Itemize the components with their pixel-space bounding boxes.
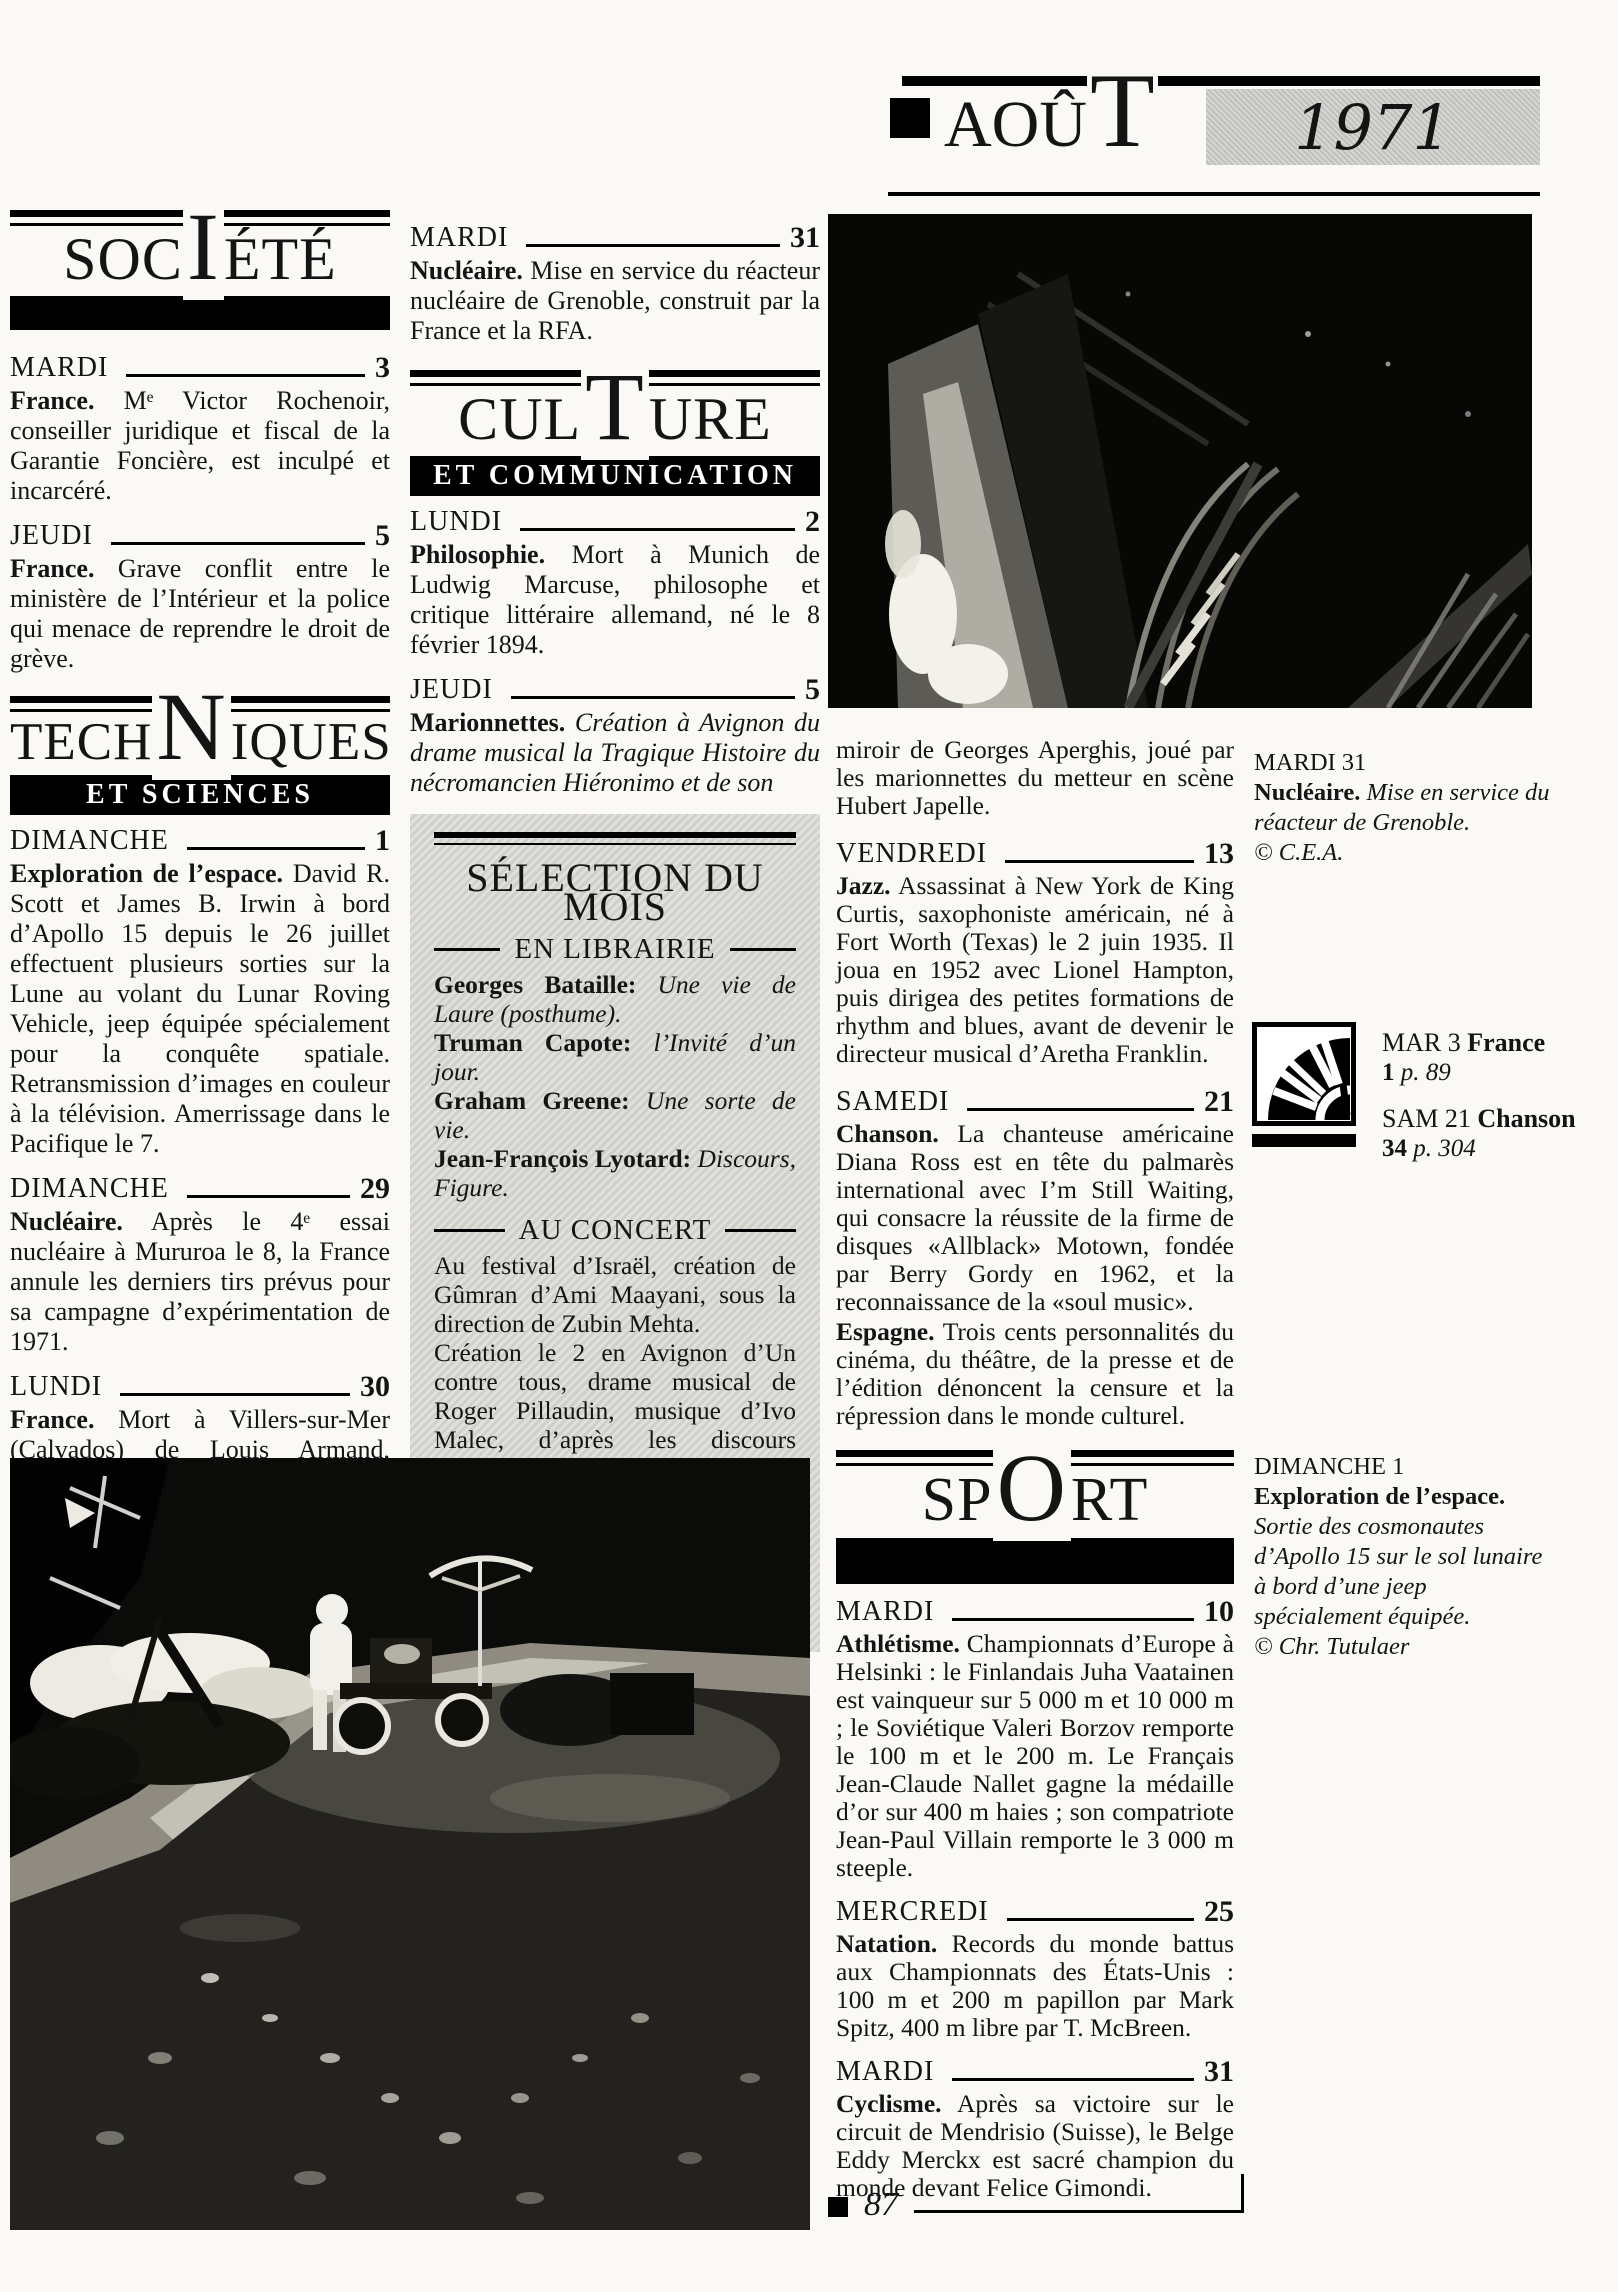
section-title-societe: SOCIÉTÉ	[10, 229, 390, 290]
title-post: URE	[649, 386, 772, 452]
title-pre: TECH	[10, 713, 152, 771]
entry-date-header: JEUDI 5	[410, 674, 820, 706]
masthead-top-rule	[902, 76, 1540, 86]
entry-body: Assassinat à New York de King Curtis, sa…	[836, 871, 1234, 1068]
entry-text: Nucléaire. Après le 4ᵉ essai nucléaire à…	[10, 1207, 390, 1357]
event-entry: SAMEDI 21 Chanson. La chanteuse américai…	[836, 1086, 1234, 1430]
masthead-year-box: 1971	[1206, 89, 1540, 165]
section-bar-culture: ET COMMUNICATION	[410, 456, 820, 496]
square-bullet-icon	[890, 98, 930, 138]
section-bar-label: ET COMMUNICATION	[433, 461, 797, 491]
entry-day-number: 25	[1204, 1896, 1234, 1928]
entry-day-number: 5	[375, 520, 390, 552]
column-left: SOCIÉTÉ MARDI 3 France. Mᵉ Victor Rochen…	[10, 210, 390, 1615]
entry-rule	[187, 1195, 350, 1198]
record-fan-icon	[1252, 1022, 1356, 1148]
book-item: Truman Capote: l’Invité d’un jour.	[434, 1028, 796, 1086]
entry-rule	[1007, 1918, 1194, 1921]
subsection-librairie: EN LIBRAIRIE	[434, 935, 796, 964]
title-pre: SOC	[63, 226, 183, 292]
entry-day: JEUDI	[10, 520, 93, 552]
entry-rule	[967, 1108, 1194, 1111]
tv-label: France	[1467, 1028, 1545, 1057]
entry-day: LUNDI	[10, 1371, 102, 1403]
entry-text: Natation. Records du monde battus aux Ch…	[836, 1930, 1234, 2042]
book-item: Graham Greene: Une sorte de vie.	[434, 1086, 796, 1144]
entry-text: Nucléaire. Mise en service du réacteur n…	[410, 256, 820, 346]
tv-date: MAR 3	[1382, 1028, 1461, 1057]
event-entry: JEUDI 5 France. Grave conflit entre le m…	[10, 520, 390, 674]
entry-topic: Athlétisme.	[836, 1629, 960, 1658]
book-author: Georges Bataille:	[434, 970, 636, 999]
footer-rule	[914, 2210, 1244, 2213]
entry-body: David R. Scott et James B. Irwin à bord …	[10, 859, 390, 1158]
entry-rule	[111, 542, 365, 545]
masthead-month-bigletter: T	[1087, 52, 1158, 169]
event-entry: DIMANCHE 1 Exploration de l’espace. Davi…	[10, 825, 390, 1159]
entry-topic: Nucléaire.	[410, 256, 523, 285]
column-third: miroir de Georges Aperghis, joué par les…	[836, 736, 1234, 2202]
caption-dateline: MARDI 31	[1254, 748, 1554, 778]
event-entry: MARDI 31 Cyclisme. Après sa victoire sur…	[836, 2056, 1234, 2202]
masthead-month-pre: AOÛ	[944, 88, 1087, 161]
book-item: Georges Bataille: Une vie de Laure (post…	[434, 970, 796, 1028]
page-number: 87	[864, 2188, 898, 2222]
title-bigletter: T	[581, 353, 649, 460]
entry-text: Chanson. La chanteuse américaine Diana R…	[836, 1120, 1234, 1316]
entry-text: Exploration de l’espace. David R. Scott …	[10, 859, 390, 1159]
tv-listing-line1: MAR 3 France	[1382, 1028, 1576, 1058]
entry-text: France. Mᵉ Victor Rochenoir, conseiller …	[10, 386, 390, 506]
title-bigletter: O	[993, 1434, 1071, 1541]
entry-day: JEUDI	[410, 674, 493, 706]
entry-day: DIMANCHE	[10, 1173, 169, 1205]
entry-rule	[126, 374, 365, 377]
entry-topic: Exploration de l’espace.	[10, 859, 283, 888]
entry-date-header: MERCREDI 25	[836, 1896, 1234, 1928]
panel-title: SÉLECTION DU MOIS	[434, 863, 796, 921]
entry-rule	[511, 696, 795, 699]
entry-date-header: VENDREDI 13	[836, 838, 1234, 870]
entry-date-header: MARDI 31	[410, 222, 820, 254]
entry-day: MARDI	[410, 222, 508, 254]
entry-date-header: LUNDI 30	[10, 1371, 390, 1403]
entry-body: Championnats d’Europe à Helsinki : le Fi…	[836, 1629, 1234, 1882]
entry-day-number: 10	[1204, 1596, 1234, 1628]
entry-rule	[952, 1618, 1194, 1621]
section-title-sport: SPORT	[836, 1469, 1234, 1532]
title-post: ÉTÉ	[224, 226, 337, 292]
book-item: Jean-François Lyotard: Discours, Figure.	[434, 1144, 796, 1202]
entry-day: LUNDI	[410, 506, 502, 538]
entry-date-header: LUNDI 2	[410, 506, 820, 538]
entry-topic: Nucléaire.	[10, 1207, 123, 1236]
tv-channel-number: 34	[1382, 1135, 1407, 1162]
entry-topic: Jazz.	[836, 871, 891, 900]
tv-date: SAM 21	[1382, 1104, 1471, 1133]
tv-listing: MAR 3 France 1 p. 89	[1382, 1028, 1576, 1088]
caption-dateline: DIMANCHE 1	[1254, 1452, 1556, 1482]
entry-text: Marionnettes. Création à Avignon du dram…	[410, 708, 820, 798]
subsection-rule	[725, 1229, 796, 1232]
event-entry: MARDI 31 Nucléaire. Mise en service du r…	[410, 222, 820, 346]
tv-channel-number: 1	[1382, 1059, 1395, 1086]
caption-topic: Exploration de l’espace.	[1254, 1482, 1556, 1512]
entry-date-header: DIMANCHE 1	[10, 825, 390, 857]
entry-topic: France.	[10, 554, 94, 583]
title-pre: CUL	[458, 386, 581, 452]
entry-topic: Philosophie.	[410, 540, 545, 569]
entry-date-header: MARDI 31	[836, 2056, 1234, 2088]
title-bigletter: I	[183, 193, 224, 300]
section-title-techniques: TECHNIQUES	[10, 715, 390, 769]
masthead-year: 1971	[1294, 91, 1452, 164]
entry-day-number: 31	[790, 222, 820, 254]
event-entry: VENDREDI 13 Jazz. Assassinat à New York …	[836, 838, 1234, 1068]
entry-day-number: 29	[360, 1173, 390, 1205]
entry-day-number: 31	[1204, 2056, 1234, 2088]
entry-day-number: 2	[805, 506, 820, 538]
tv-listing: SAM 21 Chanson 34 p. 304	[1382, 1104, 1576, 1164]
section-bar-sport	[836, 1538, 1234, 1584]
entry-text: France. Grave conflit entre le ministère…	[10, 554, 390, 674]
masthead-bottom-rule	[888, 192, 1540, 196]
entry-topic: Marionnettes.	[410, 708, 565, 737]
subsection-rule	[730, 948, 796, 951]
entry-day: MARDI	[10, 352, 108, 384]
title-post: IQUES	[231, 713, 392, 771]
section-sport-header: SPORT	[836, 1450, 1234, 1584]
entry-rule	[952, 2078, 1194, 2081]
entry-rule	[1005, 860, 1194, 863]
photo-caption-lunar: DIMANCHE 1 Exploration de l’espace. Sort…	[1254, 1452, 1556, 1662]
event-entry: MARDI 3 France. Mᵉ Victor Rochenoir, con…	[10, 352, 390, 506]
entry-topic: Cyclisme.	[836, 2089, 942, 2118]
event-entry: MARDI 10 Athlétisme. Championnats d’Euro…	[836, 1596, 1234, 1882]
square-bullet-icon	[828, 2197, 848, 2217]
caption-body: Nucléaire. Mise en service du réacteur d…	[1254, 778, 1554, 838]
entry-day-number: 1	[375, 825, 390, 857]
entry-day: MERCREDI	[836, 1896, 989, 1928]
tv-page-ref: p. 89	[1401, 1059, 1451, 1086]
photo-caption-reactor: MARDI 31 Nucléaire. Mise en service du r…	[1254, 748, 1554, 868]
book-author: Truman Capote:	[434, 1028, 631, 1057]
caption-credit: © C.E.A.	[1254, 838, 1554, 868]
entry-day-number: 13	[1204, 838, 1234, 870]
caption-topic: Nucléaire.	[1254, 779, 1360, 806]
section-societe-header: SOCIÉTÉ	[10, 210, 390, 330]
entry-day: DIMANCHE	[10, 825, 169, 857]
entry-date-header: DIMANCHE 29	[10, 1173, 390, 1205]
event-entry: LUNDI 2 Philosophie. Mort à Munich de Lu…	[410, 506, 820, 660]
section-bar-techniques: ET SCIENCES	[10, 775, 390, 815]
concert-item: Au festival d’Israël, création de Gûmran…	[434, 1251, 796, 1338]
tv-listings: MAR 3 France 1 p. 89 SAM 21 Chanson 34 p…	[1382, 1028, 1576, 1164]
entry-rule	[120, 1393, 350, 1396]
entry-continuation: miroir de Georges Aperghis, joué par les…	[836, 736, 1234, 820]
entry-topic: Chanson.	[836, 1119, 939, 1148]
masthead-month: AOÛT	[890, 92, 1158, 158]
entry-body: La chanteuse américaine Diana Ross est e…	[836, 1119, 1234, 1316]
book-author: Graham Greene:	[434, 1086, 630, 1115]
section-bar-label: ET SCIENCES	[86, 780, 314, 810]
entry-topic: Natation.	[836, 1929, 937, 1958]
page-footer: 87	[828, 2188, 1244, 2222]
entry-day: MARDI	[836, 1596, 934, 1628]
entry-day: SAMEDI	[836, 1086, 949, 1118]
event-entry: MERCREDI 25 Natation. Records du monde b…	[836, 1896, 1234, 2042]
entry-date-header: MARDI 3	[10, 352, 390, 384]
lunar-rover-photo	[10, 1458, 810, 2230]
subsection-concert: AU CONCERT	[434, 1216, 796, 1245]
entry-date-header: MARDI 10	[836, 1596, 1234, 1628]
panel-top-rule	[434, 832, 796, 845]
tv-listing-line2: 34 p. 304	[1382, 1134, 1576, 1164]
section-culture-header: CULTURE ET COMMUNICATION	[410, 370, 820, 496]
entry-date-header: JEUDI 5	[10, 520, 390, 552]
entry-text: Athlétisme. Championnats d’Europe à Hels…	[836, 1630, 1234, 1882]
tv-guide-block: MAR 3 France 1 p. 89 SAM 21 Chanson 34 p…	[1252, 1022, 1618, 1182]
entry-day-number: 5	[805, 674, 820, 706]
section-bar-societe	[10, 296, 390, 330]
entry-topic: France.	[10, 1405, 94, 1434]
entry-text: Jazz. Assassinat à New York de King Curt…	[836, 872, 1234, 1068]
entry-day: MARDI	[836, 2056, 934, 2088]
subsection-rule	[434, 948, 500, 951]
tv-listing-line2: 1 p. 89	[1382, 1058, 1576, 1088]
almanac-page: 1971 AOÛT SOCIÉTÉ MARDI 3 France. Mᵉ Vic…	[0, 0, 1618, 2292]
event-entry: DIMANCHE 29 Nucléaire. Après le 4ᵉ essai…	[10, 1173, 390, 1357]
title-post: RT	[1071, 1466, 1149, 1534]
masthead: 1971 AOÛT	[888, 76, 1540, 196]
title-pre: SP	[922, 1466, 993, 1534]
entry-day-number: 21	[1204, 1086, 1234, 1118]
entry-day-number: 30	[360, 1371, 390, 1403]
entry-rule	[526, 244, 780, 247]
entry-rule	[187, 847, 365, 850]
caption-credit: © Chr. Tutulaer	[1254, 1632, 1556, 1662]
entry-topic: Espagne.	[836, 1317, 935, 1346]
entry-rule	[520, 528, 795, 531]
caption-text: Sortie des cosmonautes d’Apollo 15 sur l…	[1254, 1512, 1556, 1632]
subsection-label: AU CONCERT	[519, 1216, 712, 1245]
title-bigletter: N	[152, 673, 230, 780]
tv-label: Chanson	[1477, 1104, 1575, 1133]
entry-topic: France.	[10, 386, 94, 415]
event-entry: JEUDI 5 Marionnettes. Création à Avignon…	[410, 674, 820, 798]
column-middle: MARDI 31 Nucléaire. Mise en service du r…	[410, 222, 820, 1652]
reactor-photo	[828, 214, 1532, 708]
entry-date-header: SAMEDI 21	[836, 1086, 1234, 1118]
entry-day: VENDREDI	[836, 838, 987, 870]
entry-text: Espagne. Trois cents personnalités du ci…	[836, 1318, 1234, 1430]
section-techniques-header: TECHNIQUES ET SCIENCES	[10, 696, 390, 815]
subsection-rule	[434, 1229, 505, 1232]
entry-text: Philosophie. Mort à Munich de Ludwig Mar…	[410, 540, 820, 660]
tv-listing-line1: SAM 21 Chanson	[1382, 1104, 1576, 1134]
section-title-culture: CULTURE	[410, 389, 820, 450]
tv-page-ref: p. 304	[1413, 1135, 1476, 1162]
book-author: Jean-François Lyotard:	[434, 1144, 691, 1173]
entry-day-number: 3	[375, 352, 390, 384]
subsection-label: EN LIBRAIRIE	[514, 935, 715, 964]
